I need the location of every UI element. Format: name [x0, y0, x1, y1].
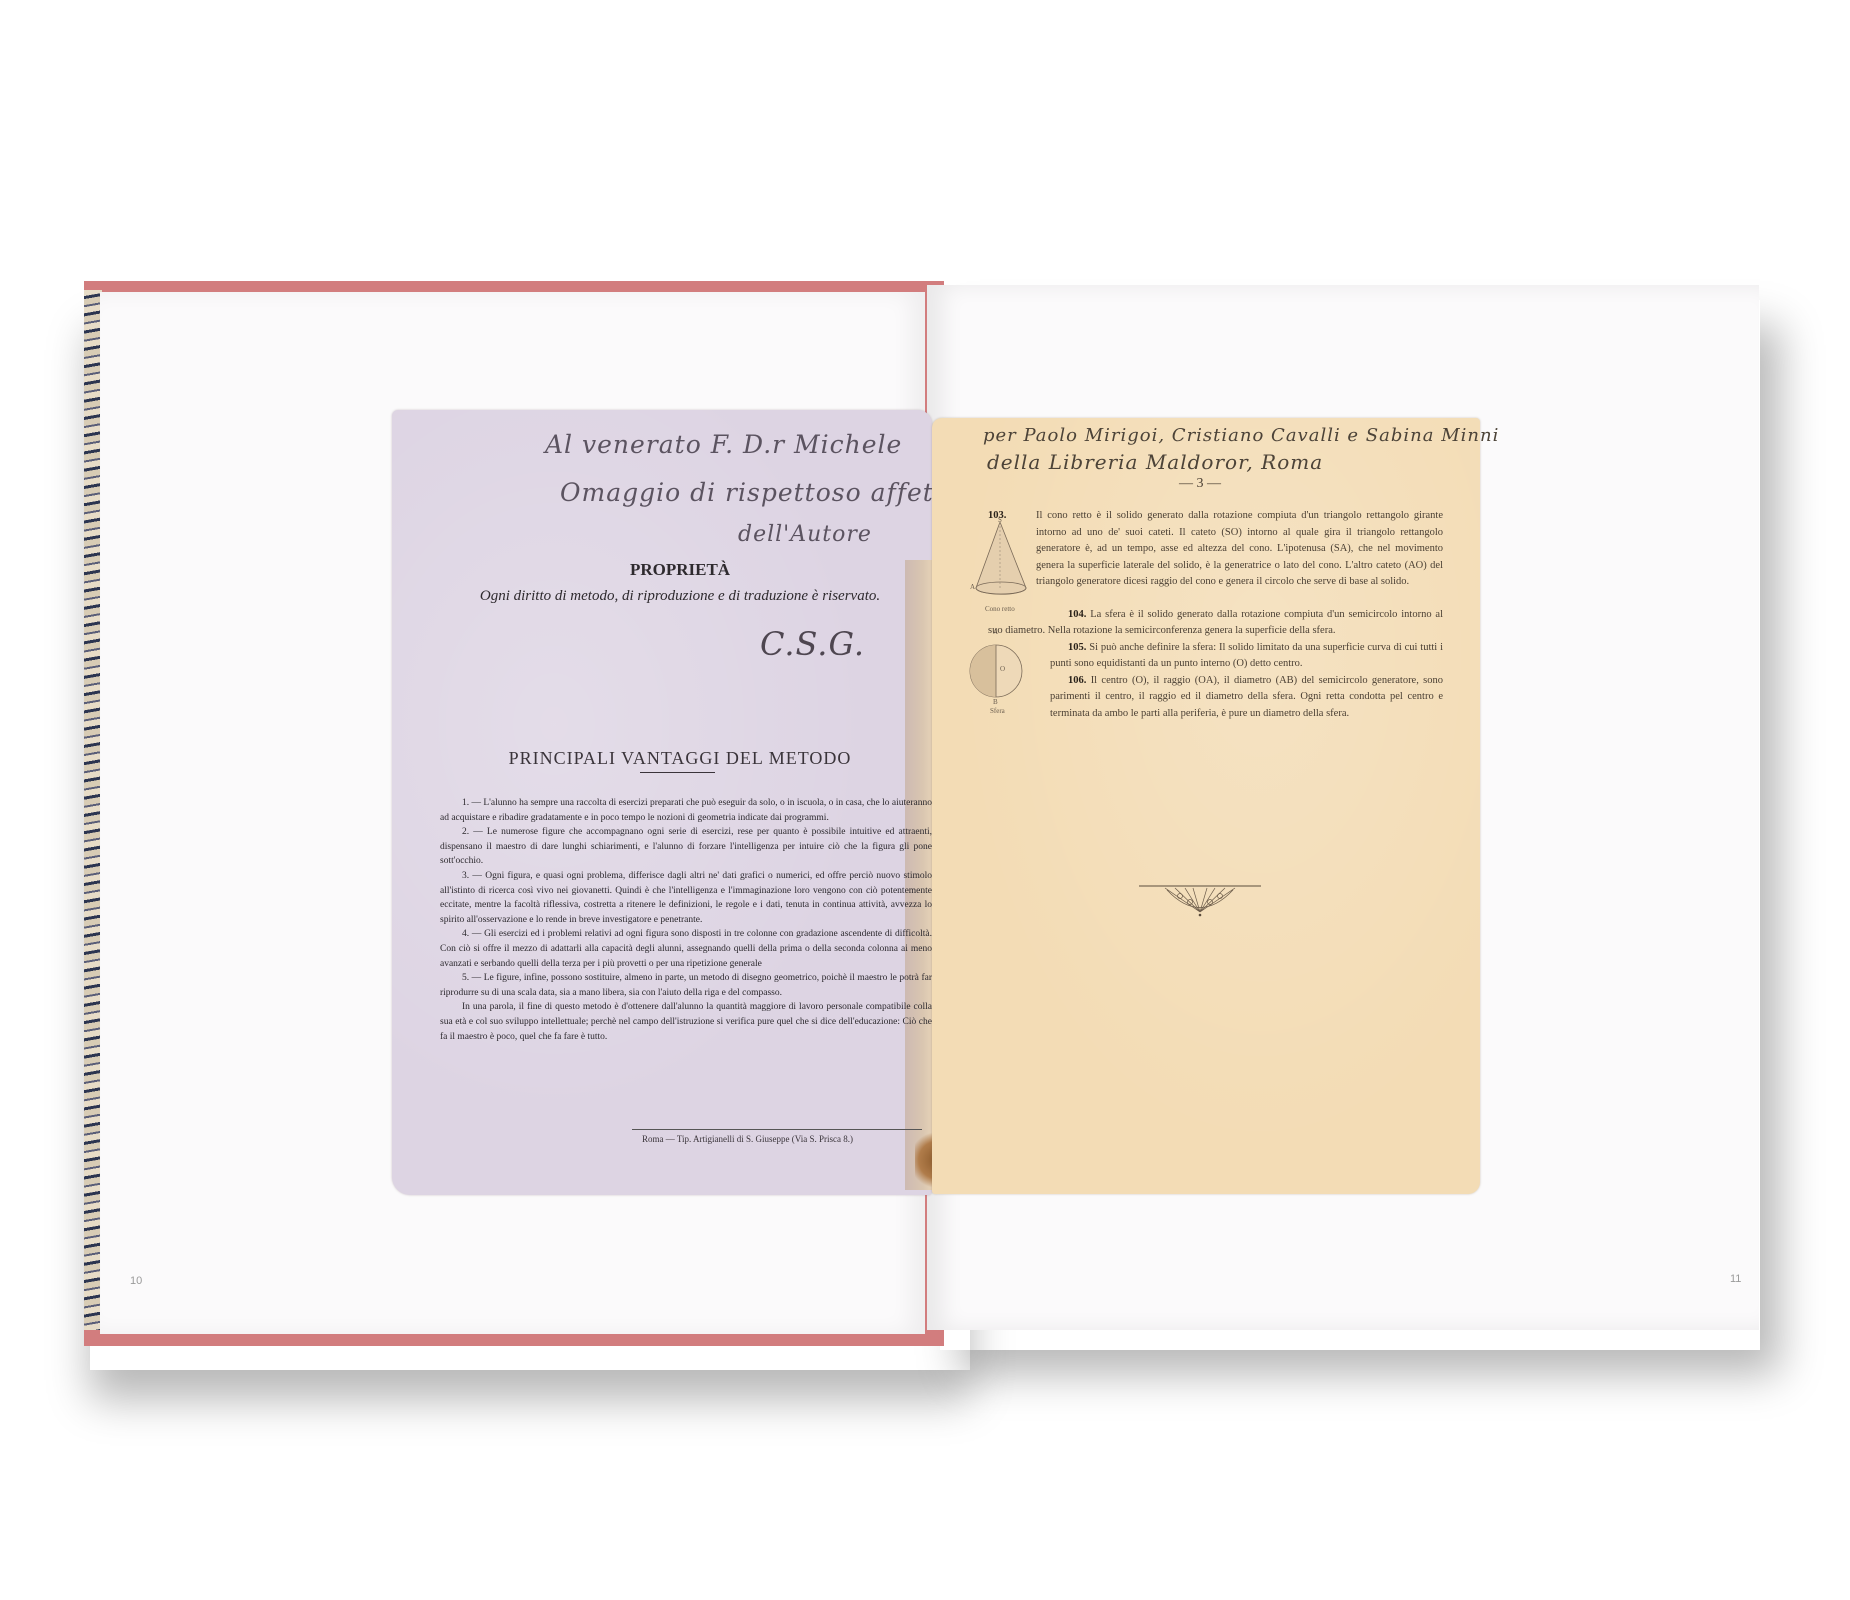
section-103-text: Il cono retto è il solido generato dalla…: [988, 508, 1443, 590]
title-underline: [640, 772, 715, 773]
section-105-number: 105.: [1068, 642, 1086, 653]
monogram-signature: C.S.G.: [760, 625, 865, 663]
section-105-text: Si può anche definire la sfera: Il solid…: [1050, 642, 1443, 669]
cone-label-a: A: [970, 583, 975, 591]
conclusion-paragraph: In una parola, il fine di questo metodo …: [440, 1000, 932, 1044]
inscription-line-3: dell'Autore: [738, 522, 872, 547]
inscription-line-1: Al venerato F. D.r Michele: [545, 430, 902, 459]
sphere-figure-icon: [966, 636, 1026, 706]
dedication-line-2: della Libreria Maldoror, Roma: [987, 450, 1323, 474]
section-106-number: 106.: [1068, 675, 1086, 686]
inscription-line-2: Omaggio di rispettoso affetto: [560, 478, 961, 507]
section-104: 104. La sfera è il solido generato dalla…: [988, 607, 1443, 640]
dedication-line-1: per Paolo Mirigoi, Cristiano Cavalli e S…: [983, 425, 1499, 446]
advantage-paragraph-2: 2. — Le numerose figure che accompagnano…: [440, 825, 932, 869]
section-105: 105. Si può anche definire la sfera: Il …: [1050, 640, 1443, 673]
section-103-number: 103.: [988, 510, 1006, 521]
advantages-list: 1. — L'alunno ha sempre una raccolta di …: [440, 796, 932, 1044]
heading-proprieta: PROPRIETÀ: [470, 560, 890, 580]
advantage-paragraph-5: 5. — Le figure, infine, possono sostitui…: [440, 971, 932, 1000]
section-104-number: 104.: [1068, 609, 1086, 620]
section-title-vantaggi: PRINCIPALI VANTAGGI DEL METODO: [470, 748, 890, 769]
fan-ornament-icon: [1135, 880, 1265, 920]
sphere-label-o: O: [1000, 665, 1005, 673]
page-number-right: 11: [1730, 1273, 1741, 1285]
rights-statement: Ogni diritto di metodo, di riproduzione …: [430, 588, 930, 605]
imprint-rule: [632, 1129, 922, 1130]
advantage-paragraph-3: 3. — Ogni figura, e quasi ogni problema,…: [440, 869, 932, 927]
section-106: 106. Il centro (O), il raggio (OA), il d…: [1050, 673, 1443, 722]
advantage-paragraph-4: 4. — Gli esercizi ed i problemi relativi…: [440, 927, 932, 971]
section-103: 103. Il cono retto è il solido generato …: [988, 508, 1443, 590]
sphere-caption: Sfera: [990, 707, 1005, 715]
page-number-left: 10: [130, 1275, 142, 1287]
advantage-paragraph-1: 1. — L'alunno ha sempre una raccolta di …: [440, 796, 932, 825]
printer-imprint: Roma — Tip. Artigianelli di S. Giuseppe …: [642, 1134, 932, 1144]
sphere-label-b: B: [993, 698, 998, 706]
section-106-text: Il centro (O), il raggio (OA), il diamet…: [1050, 675, 1443, 719]
document-page-number: — 3 —: [1150, 476, 1250, 492]
